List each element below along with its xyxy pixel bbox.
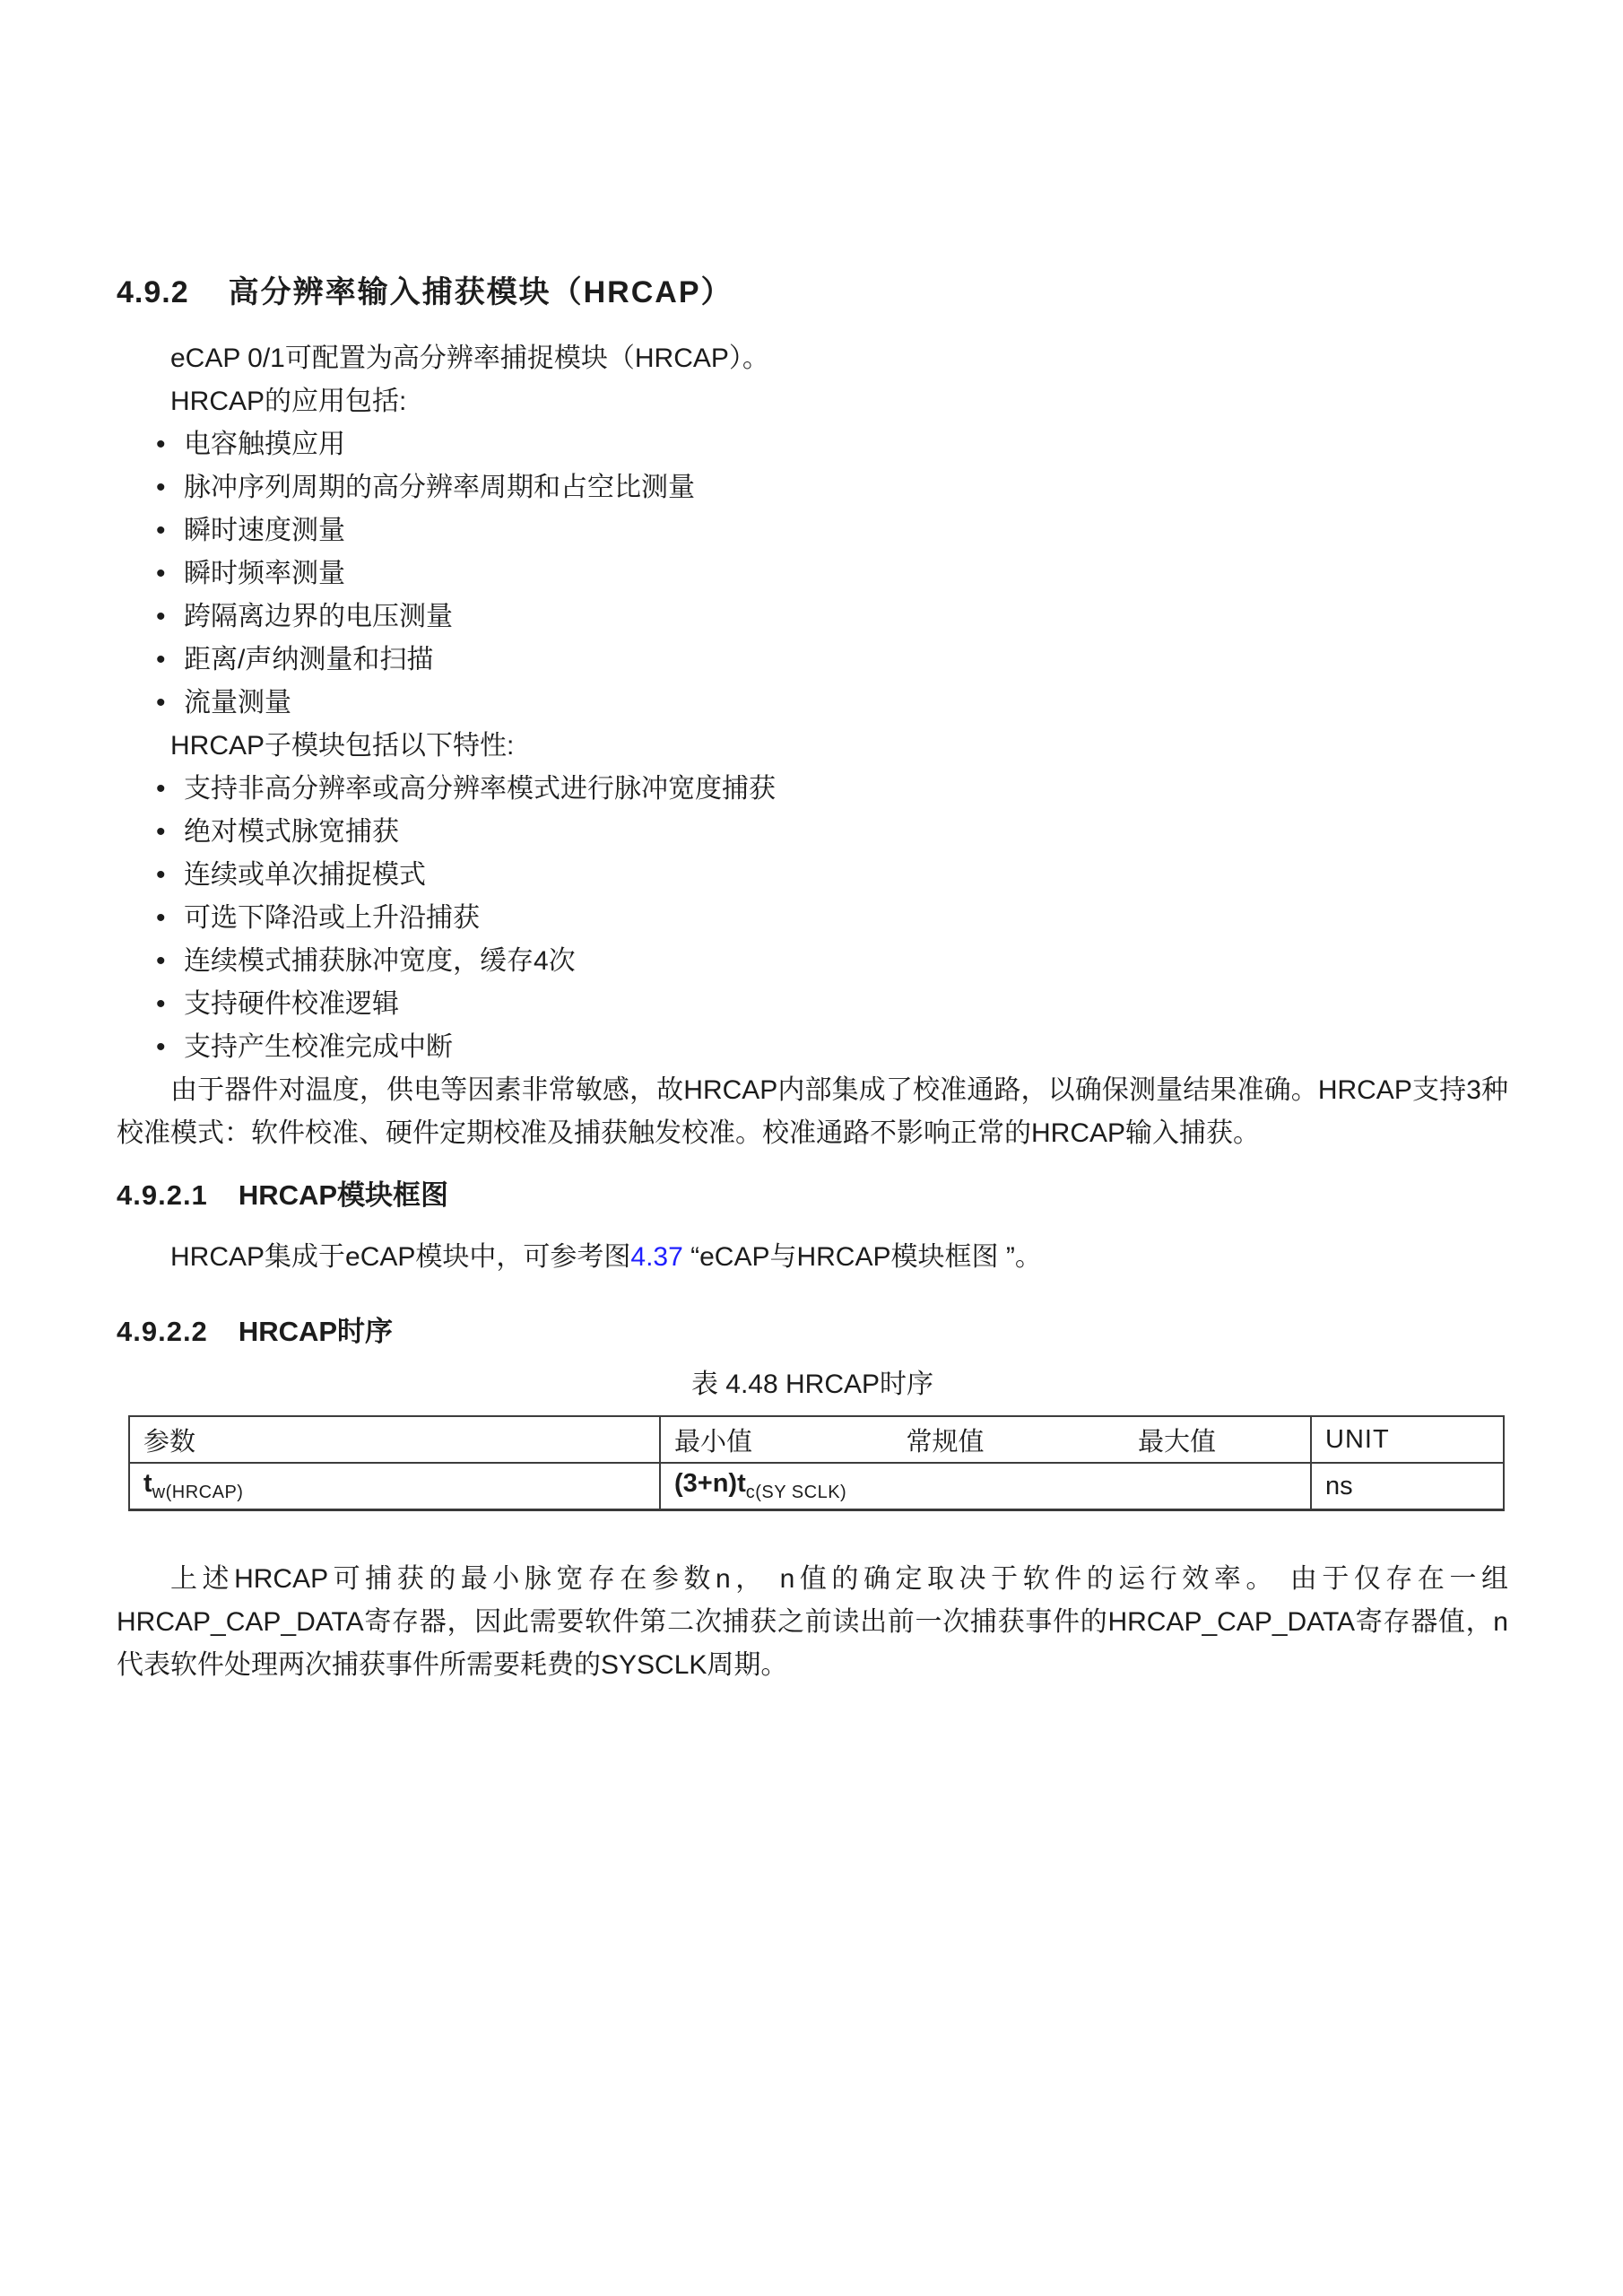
list-item: 流量测量 xyxy=(117,682,1508,725)
list-item: 跨隔离边界的电压测量 xyxy=(117,596,1508,639)
subsection-number: 4.9.2.2 xyxy=(117,1315,208,1349)
subsection-heading-timing: 4.9.2.2 HRCAP时序 xyxy=(117,1315,1508,1349)
list-item: 支持硬件校准逻辑 xyxy=(117,983,1508,1026)
applications-label: HRCAP的应用包括: xyxy=(117,380,1508,423)
list-item-text: 支持产生校准完成中断 xyxy=(184,1032,453,1062)
values-header: 最小值 常规值 最大值 xyxy=(660,1416,1311,1463)
intro-paragraph: eCAP 0/1可配置为高分辨率捕捉模块（HRCAP）。 xyxy=(117,337,1508,380)
block-diagram-text-after: “eCAP与HRCAP模块框图 ”。 xyxy=(683,1242,1042,1272)
page-content: 4.9.2 高分辨率输入捕获模块（HRCAP） eCAP 0/1可配置为高分辨率… xyxy=(117,274,1508,1687)
list-item: 支持产生校准完成中断 xyxy=(117,1026,1508,1069)
list-item-text: 距离/声纳测量和扫描 xyxy=(184,645,433,674)
list-item-text: 脉冲序列周期的高分辨率周期和占空比测量 xyxy=(184,473,695,502)
param-header: 参数 xyxy=(129,1416,660,1463)
param-symbol: t xyxy=(143,1469,152,1498)
unit-cell: ns xyxy=(1311,1463,1504,1510)
list-item: 绝对模式脉宽捕获 xyxy=(117,811,1508,854)
table-header-row: 参数 最小值 常规值 最大值 UNIT xyxy=(129,1416,1504,1463)
list-item-text: 支持非高分辨率或高分辨率模式进行脉冲宽度捕获 xyxy=(184,774,776,804)
unit-header: UNIT xyxy=(1311,1416,1504,1463)
list-item: 连续模式捕获脉冲宽度，缓存4次 xyxy=(117,940,1508,983)
list-item-text: 流量测量 xyxy=(184,688,291,717)
features-list: 支持非高分辨率或高分辨率模式进行脉冲宽度捕获 绝对模式脉宽捕获 连续或单次捕捉模… xyxy=(117,768,1508,1069)
list-item-text: 绝对模式脉宽捕获 xyxy=(184,817,399,847)
subsection-title: HRCAP时序 xyxy=(239,1315,393,1349)
min-value-subscript: c(SY SCLK) xyxy=(746,1483,846,1502)
list-item-text: 支持硬件校准逻辑 xyxy=(184,989,399,1019)
features-label: HRCAP子模块包括以下特性: xyxy=(117,725,1508,768)
list-item: 距离/声纳测量和扫描 xyxy=(117,639,1508,682)
min-header: 最小值 xyxy=(674,1422,752,1458)
block-diagram-text-before: HRCAP集成于eCAP模块中，可参考图 xyxy=(170,1242,630,1272)
timing-table: 参数 最小值 常规值 最大值 UNIT tw(HRCAP) (3+n)tc(SY… xyxy=(128,1415,1505,1511)
list-item-text: 瞬时频率测量 xyxy=(184,559,345,588)
calibration-paragraph: 由于器件对温度，供电等因素非常敏感，故HRCAP内部集成了校准通路，以确保测量结… xyxy=(117,1069,1508,1155)
figure-link[interactable]: 4.37 xyxy=(630,1242,682,1272)
list-item: 可选下降沿或上升沿捕获 xyxy=(117,897,1508,940)
table-row: tw(HRCAP) (3+n)tc(SY SCLK) ns xyxy=(129,1463,1504,1510)
list-item-text: 连续模式捕获脉冲宽度，缓存4次 xyxy=(184,946,576,976)
list-item-text: 瞬时速度测量 xyxy=(184,516,345,545)
list-item: 瞬时速度测量 xyxy=(117,509,1508,552)
section-title: 高分辨率输入捕获模块（HRCAP） xyxy=(229,274,733,310)
min-value-base: (3+n)t xyxy=(674,1469,746,1498)
list-item: 连续或单次捕捉模式 xyxy=(117,854,1508,897)
section-heading: 4.9.2 高分辨率输入捕获模块（HRCAP） xyxy=(117,274,1508,310)
subsection-heading-block-diagram: 4.9.2.1 HRCAP模块框图 xyxy=(117,1178,1508,1213)
list-item: 电容触摸应用 xyxy=(117,423,1508,466)
subsection-number: 4.9.2.1 xyxy=(117,1178,208,1213)
list-item-text: 跨隔离边界的电压测量 xyxy=(184,602,453,631)
list-item-text: 电容触摸应用 xyxy=(184,430,345,459)
closing-paragraph: 上述HRCAP可捕获的最小脉宽存在参数n， n值的确定取决于软件的运行效率。 由… xyxy=(117,1558,1508,1687)
block-diagram-paragraph: HRCAP集成于eCAP模块中，可参考图4.37 “eCAP与HRCAP模块框图… xyxy=(117,1236,1508,1279)
applications-list: 电容触摸应用 脉冲序列周期的高分辨率周期和占空比测量 瞬时速度测量 瞬时频率测量… xyxy=(117,423,1508,725)
param-cell: tw(HRCAP) xyxy=(129,1463,660,1510)
list-item-text: 可选下降沿或上升沿捕获 xyxy=(184,903,480,933)
list-item: 脉冲序列周期的高分辨率周期和占空比测量 xyxy=(117,466,1508,509)
list-item: 瞬时频率测量 xyxy=(117,552,1508,596)
list-item-text: 连续或单次捕捉模式 xyxy=(184,860,426,890)
list-item: 支持非高分辨率或高分辨率模式进行脉冲宽度捕获 xyxy=(117,768,1508,811)
min-value-cell: (3+n)tc(SY SCLK) xyxy=(660,1463,1311,1510)
param-subscript: w(HRCAP) xyxy=(152,1483,244,1502)
max-header: 最大值 xyxy=(1138,1422,1216,1458)
table-caption: 表 4.48 HRCAP时序 xyxy=(117,1367,1508,1403)
typ-header: 常规值 xyxy=(906,1422,984,1458)
section-number: 4.9.2 xyxy=(117,274,189,310)
subsection-title: HRCAP模块框图 xyxy=(239,1178,448,1213)
document-page: 4.9.2 高分辨率输入捕获模块（HRCAP） eCAP 0/1可配置为高分辨率… xyxy=(0,0,1623,2296)
